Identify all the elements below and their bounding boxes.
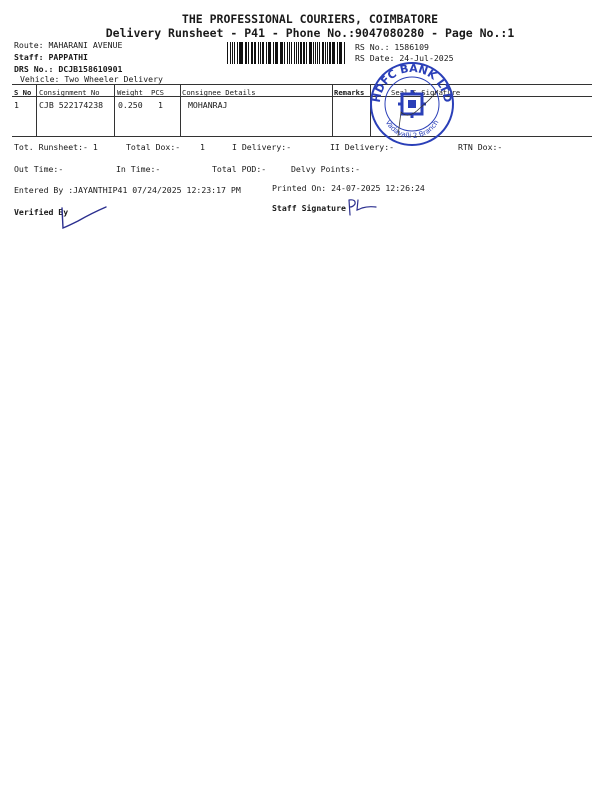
staff-signature-label: Staff Signature — [272, 203, 346, 213]
out-time: Out Time:- — [14, 164, 63, 174]
vehicle-label: Vehicle: Two Wheeler Delivery — [20, 74, 163, 84]
total-dox-label: Total Dox:- — [126, 142, 180, 152]
rtn-dox: RTN Dox:- — [458, 142, 502, 152]
col-divider — [180, 84, 181, 136]
in-time: In Time:- — [116, 164, 160, 174]
col-header-remarks: Remarks — [334, 88, 364, 97]
row-consignment-no: CJB 522174238 — [39, 100, 103, 110]
i-delivery: I Delivery:- — [232, 142, 291, 152]
row-weight: 0.250 — [118, 100, 143, 110]
total-pod: Total POD:- — [212, 164, 266, 174]
verifier-signature-icon — [58, 202, 110, 232]
entered-by: Entered By :JAYANTHIP41 07/24/2025 12:23… — [14, 185, 241, 195]
rs-number: RS No.: 1586109 — [355, 42, 429, 52]
col-header-sno: S No — [14, 88, 31, 97]
table-top-rule — [12, 84, 592, 85]
col-divider — [36, 84, 37, 136]
runsheet-title: Delivery Runsheet - P41 - Phone No.:9047… — [0, 26, 600, 40]
svg-text:Vadavalli 2 Branch: Vadavalli 2 Branch — [384, 119, 441, 140]
drs-number: DRS No.: DCJB158610901 — [14, 64, 122, 74]
hdfc-bank-stamp-icon: HDFC BANK LTD Vadavalli 2 Branch — [368, 60, 456, 148]
col-divider — [114, 84, 115, 136]
barcode-icon — [227, 42, 345, 64]
delvy-points: Delvy Points:- — [291, 164, 360, 174]
company-title: THE PROFESSIONAL COURIERS, COIMBATORE — [0, 12, 600, 26]
table-bottom-rule — [12, 136, 592, 137]
row-sno: 1 — [14, 100, 19, 110]
total-dox-value: 1 — [200, 142, 205, 152]
svg-text:HDFC BANK LTD: HDFC BANK LTD — [370, 62, 454, 104]
col-header-consignee: Consignee Details — [182, 88, 256, 97]
staff-signature-icon — [346, 197, 378, 217]
route-label: Route: MAHARANI AVENUE — [14, 40, 122, 50]
printed-on: Printed On: 24-07-2025 12:26:24 — [272, 183, 425, 193]
row-pcs: 1 — [158, 100, 163, 110]
tot-runsheet: Tot. Runsheet:- 1 — [14, 142, 98, 152]
col-header-weight: Weight — [117, 88, 143, 97]
col-header-pcs: PCS — [151, 88, 164, 97]
col-divider — [332, 84, 333, 136]
row-consignee: MOHANRAJ — [188, 100, 227, 110]
col-header-consignment: Consignment No — [39, 88, 100, 97]
staff-label: Staff: PAPPATHI — [14, 52, 88, 62]
